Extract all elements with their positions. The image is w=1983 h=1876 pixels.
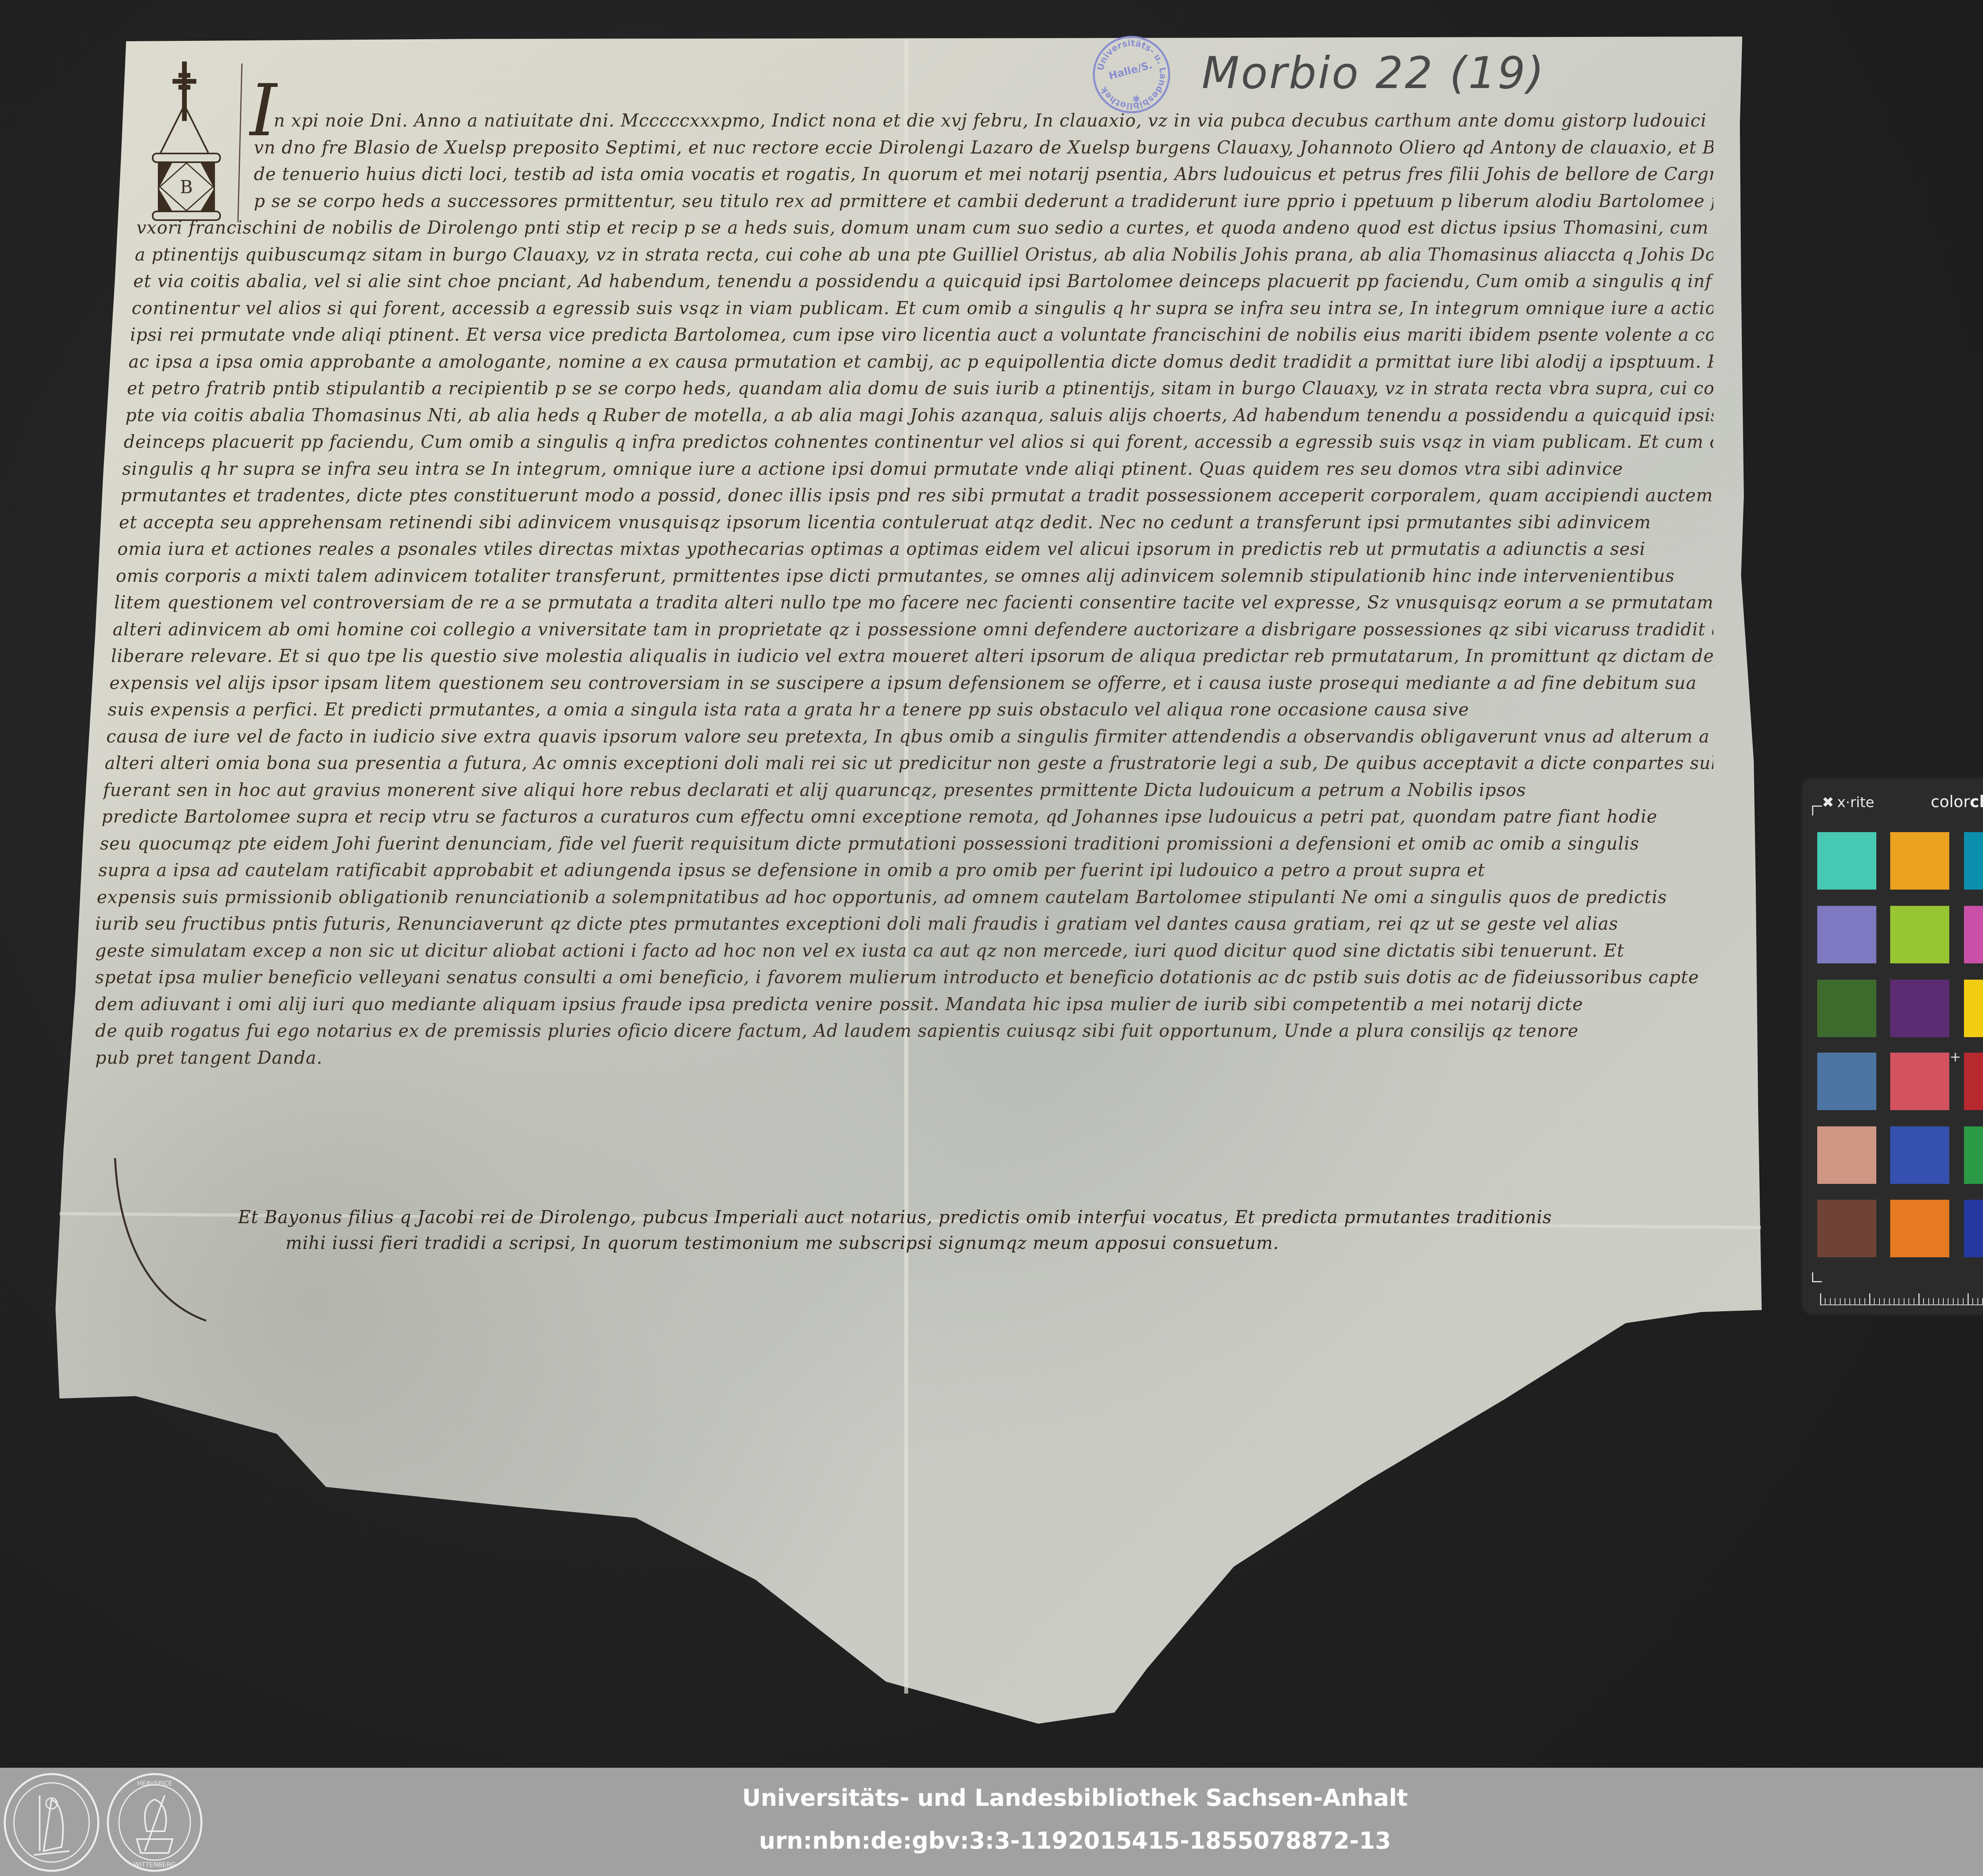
registration-mark (1812, 806, 1822, 815)
text-line: supra a ipsa ad cautelam ratificabit app… (98, 859, 1713, 882)
xrite-logo: ✖x·rite (1822, 794, 1874, 811)
text-line: fuerant sen in hoc aut gravius monerent … (103, 779, 1713, 802)
color-patch (1964, 980, 1983, 1037)
text-line: pub pret tangent Danda. (95, 1046, 416, 1070)
color-patch (1817, 1053, 1876, 1110)
mm-ruler-major-ticks (1820, 1293, 1983, 1305)
color-patch (1964, 1200, 1983, 1257)
text-line: causa de iure vel de facto in iudicio si… (106, 725, 1713, 749)
color-patch (1890, 1053, 1949, 1110)
color-patch (1890, 832, 1949, 890)
text-line: expensis vel alijs ipsor ipsam litem que… (109, 671, 1713, 695)
institution-name: Universitäts- und Landesbibliothek Sachs… (0, 1784, 1983, 1811)
color-patch (1964, 832, 1983, 890)
color-patch (1890, 1126, 1949, 1184)
text-line: omis corporis a mixti talem adinvicem to… (116, 564, 1713, 588)
text-line: et accepta seu apprehensam retinendi sib… (119, 511, 1713, 535)
text-line: singulis q hr supra se infra seu intra s… (122, 457, 1713, 481)
color-patch (1817, 980, 1876, 1037)
text-line: litem questionem vel controversiam de re… (114, 591, 1713, 615)
text-line: de quib rogatus fui ego notarius ex de p… (95, 1019, 1713, 1043)
text-line: seu quocumqz pte eidem Johi fuerint denu… (100, 832, 1713, 856)
urn-identifier: urn:nbn:de:gbv:3:3-1192015415-1855078872… (0, 1827, 1983, 1854)
text-line: deinceps placuerit pp faciendu, Cum omib… (124, 430, 1713, 454)
footer-bar: HEAVSPICE WITTENBERG Universitäts- und L… (0, 1768, 1983, 1876)
charter-text: n xpi noie Dni. Anno a natiuitate dni. M… (0, 0, 1983, 1768)
color-patch (1890, 1200, 1949, 1257)
color-patch (1890, 906, 1949, 963)
text-line: alteri adinvicem ab omi homine coi colle… (113, 618, 1713, 642)
text-line: n xpi noie Dni. Anno a natiuitate dni. M… (274, 109, 1713, 133)
subscription-line: Et Bayonus filius q Jacobi rei de Dirole… (238, 1206, 1610, 1230)
crosshair-icon: + (1950, 1049, 1961, 1065)
text-line: expensis suis prmissionib obligationib r… (97, 886, 1713, 909)
registration-mark (1812, 1272, 1822, 1282)
color-patch (1964, 906, 1983, 963)
text-line: et petro fratrib pntib stipulantib a rec… (127, 377, 1713, 401)
text-line: ac ipsa a ipsa omia approbante a amologa… (128, 350, 1713, 374)
subscription-line: mihi iussi fieri tradidi a scripsi, In q… (286, 1231, 1317, 1255)
text-line: dem adiuvant i omi alij iuri quo mediant… (95, 993, 1713, 1017)
svg-text:WITTENBERG: WITTENBERG (134, 1861, 176, 1868)
text-line: et via coitis abalia, vel si alie sint c… (133, 270, 1713, 293)
color-patch (1817, 1200, 1876, 1257)
text-line: a ptinentijs quibuscumqz sitam in burgo … (135, 243, 1713, 267)
text-line: suis expensis a perfici. Et predicti prm… (108, 698, 1713, 722)
text-line: alteri alteri omia bona sua presentia a … (105, 752, 1713, 775)
text-line: pte via coitis abalia Thomasinus Nti, ab… (125, 404, 1713, 428)
color-patch (1817, 832, 1876, 890)
color-patch (1964, 1053, 1983, 1110)
text-line: liberare relevare. Et si quo tpe lis que… (111, 645, 1713, 668)
xrite-icon: ✖ (1822, 794, 1834, 811)
color-patch (1890, 980, 1949, 1037)
colorchecker-title: colorcheckerCLASSIC (1931, 793, 1983, 811)
text-line: vn dno fre Blasio de Xuelsp preposito Se… (254, 136, 1713, 160)
color-patch (1964, 1126, 1983, 1184)
color-checker-card: ✖x·rite colorcheckerCLASSIC + mm (1802, 779, 1983, 1314)
text-line: de tenuerio huius dicti loci, testib ad … (254, 163, 1713, 186)
text-line: continentur vel alios si qui forent, acc… (132, 297, 1713, 320)
text-line: iurib seu fructibus pntis futuris, Renun… (95, 912, 1713, 936)
text-line: geste simulatam excep a non sic ut dicit… (95, 939, 1713, 963)
text-line: omia iura et actiones reales a psonales … (117, 537, 1713, 561)
color-patch (1817, 906, 1876, 963)
initial-letter: I (249, 71, 278, 151)
text-line: prmutantes et tradentes, dicte ptes cons… (121, 484, 1713, 508)
color-patch (1817, 1126, 1876, 1184)
text-line: predicte Bartolomee supra et recip vtru … (102, 805, 1713, 829)
text-line: ipsi rei prmutate vnde aliqi ptinent. Et… (130, 323, 1713, 347)
text-line: vxori francischini de nobilis de Dirolen… (136, 216, 1713, 240)
text-line: spetat ipsa mulier beneficio velleyani s… (95, 966, 1713, 990)
text-line: p se se corpo heds a successores prmitte… (254, 190, 1713, 213)
